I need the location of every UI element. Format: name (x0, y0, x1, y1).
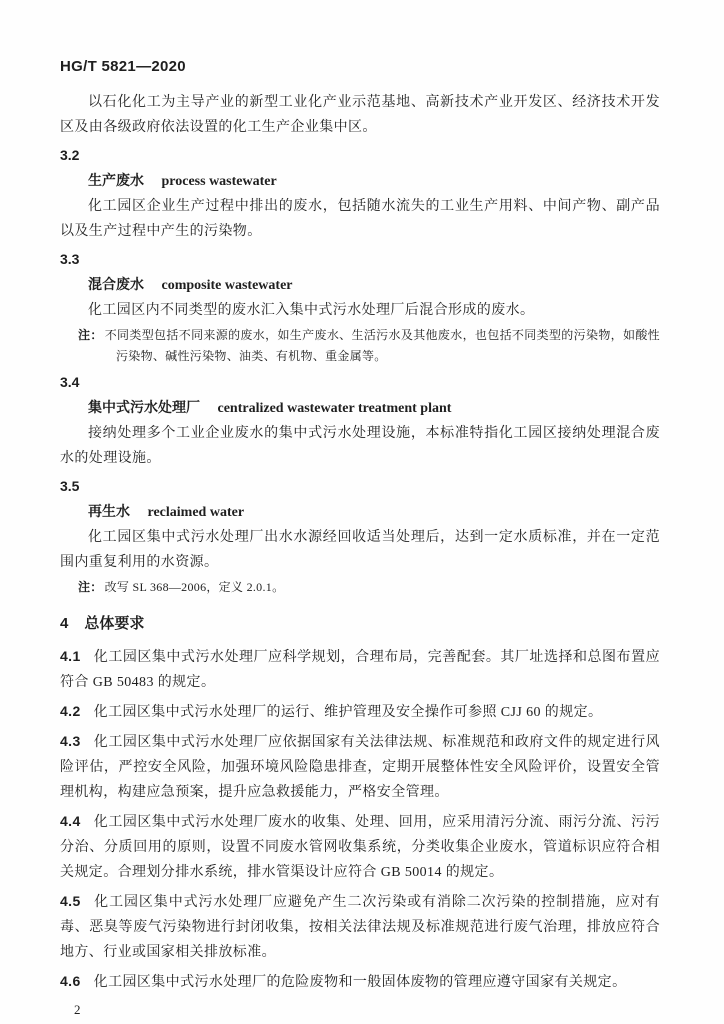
term-section-3-5: 3.5 再生水 reclaimed water 化工园区集中式污水处理厂出水水源… (60, 475, 660, 598)
clause-text: 化工园区集中式污水处理厂的危险废物和一般固体废物的管理应遵守国家有关规定。 (94, 975, 627, 990)
term-english: reclaimed water (148, 505, 245, 520)
clause-number: 4.1 (60, 648, 81, 664)
clause-4-5: 4.5化工园区集中式污水处理厂应避免产生二次污染或有消除二次污染的控制措施，应对… (60, 889, 660, 965)
term-chinese: 混合废水 (88, 276, 144, 292)
term-heading-3-3: 混合废水 composite wastewater (60, 272, 660, 298)
term-chinese: 集中式污水处理厂 (88, 399, 200, 415)
term-english: process wastewater (162, 174, 277, 189)
section-number-3-4: 3.4 (60, 371, 660, 393)
term-definition: 化工园区企业生产过程中排出的废水，包括随水流失的工业生产用料、中间产物、副产品以… (60, 194, 660, 244)
chapter-4-heading: 4总体要求 (60, 612, 660, 636)
chapter-number: 4 (60, 615, 68, 632)
clause-4-2: 4.2化工园区集中式污水处理厂的运行、维护管理及安全操作可参照 CJJ 60 的… (60, 699, 660, 725)
term-section-3-2: 3.2 生产废水 process wastewater 化工园区企业生产过程中排… (60, 144, 660, 244)
term-english: centralized wastewater treatment plant (218, 401, 452, 416)
standard-number-header: HG/T 5821—2020 (60, 58, 660, 76)
term-heading-3-2: 生产废水 process wastewater (60, 168, 660, 194)
term-chinese: 生产废水 (88, 172, 144, 188)
note-text: 改写 SL 368—2006，定义 2.0.1。 (105, 580, 285, 594)
section-number-3-5: 3.5 (60, 475, 660, 497)
clause-number: 4.5 (60, 893, 81, 909)
clause-number: 4.2 (60, 703, 81, 719)
clause-text: 化工园区集中式污水处理厂废水的收集、处理、回用，应采用清污分流、雨污分流、污污分… (60, 815, 660, 880)
clause-4-3: 4.3化工园区集中式污水处理厂应依据国家有关法律法规、标准规范和政府文件的规定进… (60, 729, 660, 805)
term-section-3-4: 3.4 集中式污水处理厂 centralized wastewater trea… (60, 371, 660, 471)
term-definition: 化工园区内不同类型的废水汇入集中式污水处理厂后混合形成的废水。 (60, 298, 660, 323)
term-english: composite wastewater (162, 278, 293, 293)
term-heading-3-5: 再生水 reclaimed water (60, 499, 660, 525)
clause-number: 4.4 (60, 813, 81, 829)
clause-number: 4.3 (60, 733, 81, 749)
clause-text: 化工园区集中式污水处理厂应科学规划，合理布局，完善配套。其厂址选择和总图布置应符… (60, 650, 660, 690)
clause-number: 4.6 (60, 973, 81, 989)
clause-text: 化工园区集中式污水处理厂应依据国家有关法律法规、标准规范和政府文件的规定进行风险… (60, 735, 660, 800)
note-label: 注： (78, 328, 103, 342)
term-note: 注：改写 SL 368—2006，定义 2.0.1。 (60, 577, 660, 598)
clause-4-1: 4.1化工园区集中式污水处理厂应科学规划，合理布局，完善配套。其厂址选择和总图布… (60, 644, 660, 695)
section-number-3-3: 3.3 (60, 248, 660, 270)
chapter-title: 总体要求 (84, 615, 144, 632)
term-section-3-3: 3.3 混合废水 composite wastewater 化工园区内不同类型的… (60, 248, 660, 367)
clause-4-4: 4.4化工园区集中式污水处理厂废水的收集、处理、回用，应采用清污分流、雨污分流、… (60, 809, 660, 885)
note-label: 注： (78, 580, 103, 594)
term-definition: 化工园区集中式污水处理厂出水水源经回收适当处理后，达到一定水质标准，并在一定范围… (60, 525, 660, 575)
section-number-3-2: 3.2 (60, 144, 660, 166)
clause-text: 化工园区集中式污水处理厂的运行、维护管理及安全操作可参照 CJJ 60 的规定。 (94, 705, 603, 720)
term-definition: 接纳处理多个工业企业废水的集中式污水处理设施，本标准特指化工园区接纳处理混合废水… (60, 421, 660, 471)
term-note: 注：不同类型包括不同来源的废水，如生产废水、生活污水及其他废水，也包括不同类型的… (60, 325, 660, 367)
intro-paragraph: 以石化化工为主导产业的新型工业化产业示范基地、高新技术产业开发区、经济技术开发区… (60, 90, 660, 140)
clause-text: 化工园区集中式污水处理厂应避免产生二次污染或有消除二次污染的控制措施，应对有毒、… (60, 895, 660, 960)
term-chinese: 再生水 (88, 503, 130, 519)
document-page: HG/T 5821—2020 以石化化工为主导产业的新型工业化产业示范基地、高新… (0, 0, 724, 1024)
term-heading-3-4: 集中式污水处理厂 centralized wastewater treatmen… (60, 395, 660, 421)
page-number: 2 (74, 1000, 660, 1020)
note-text: 不同类型包括不同来源的废水，如生产废水、生活污水及其他废水，也包括不同类型的污染… (105, 328, 660, 363)
clause-4-6: 4.6化工园区集中式污水处理厂的危险废物和一般固体废物的管理应遵守国家有关规定。 (60, 969, 660, 995)
